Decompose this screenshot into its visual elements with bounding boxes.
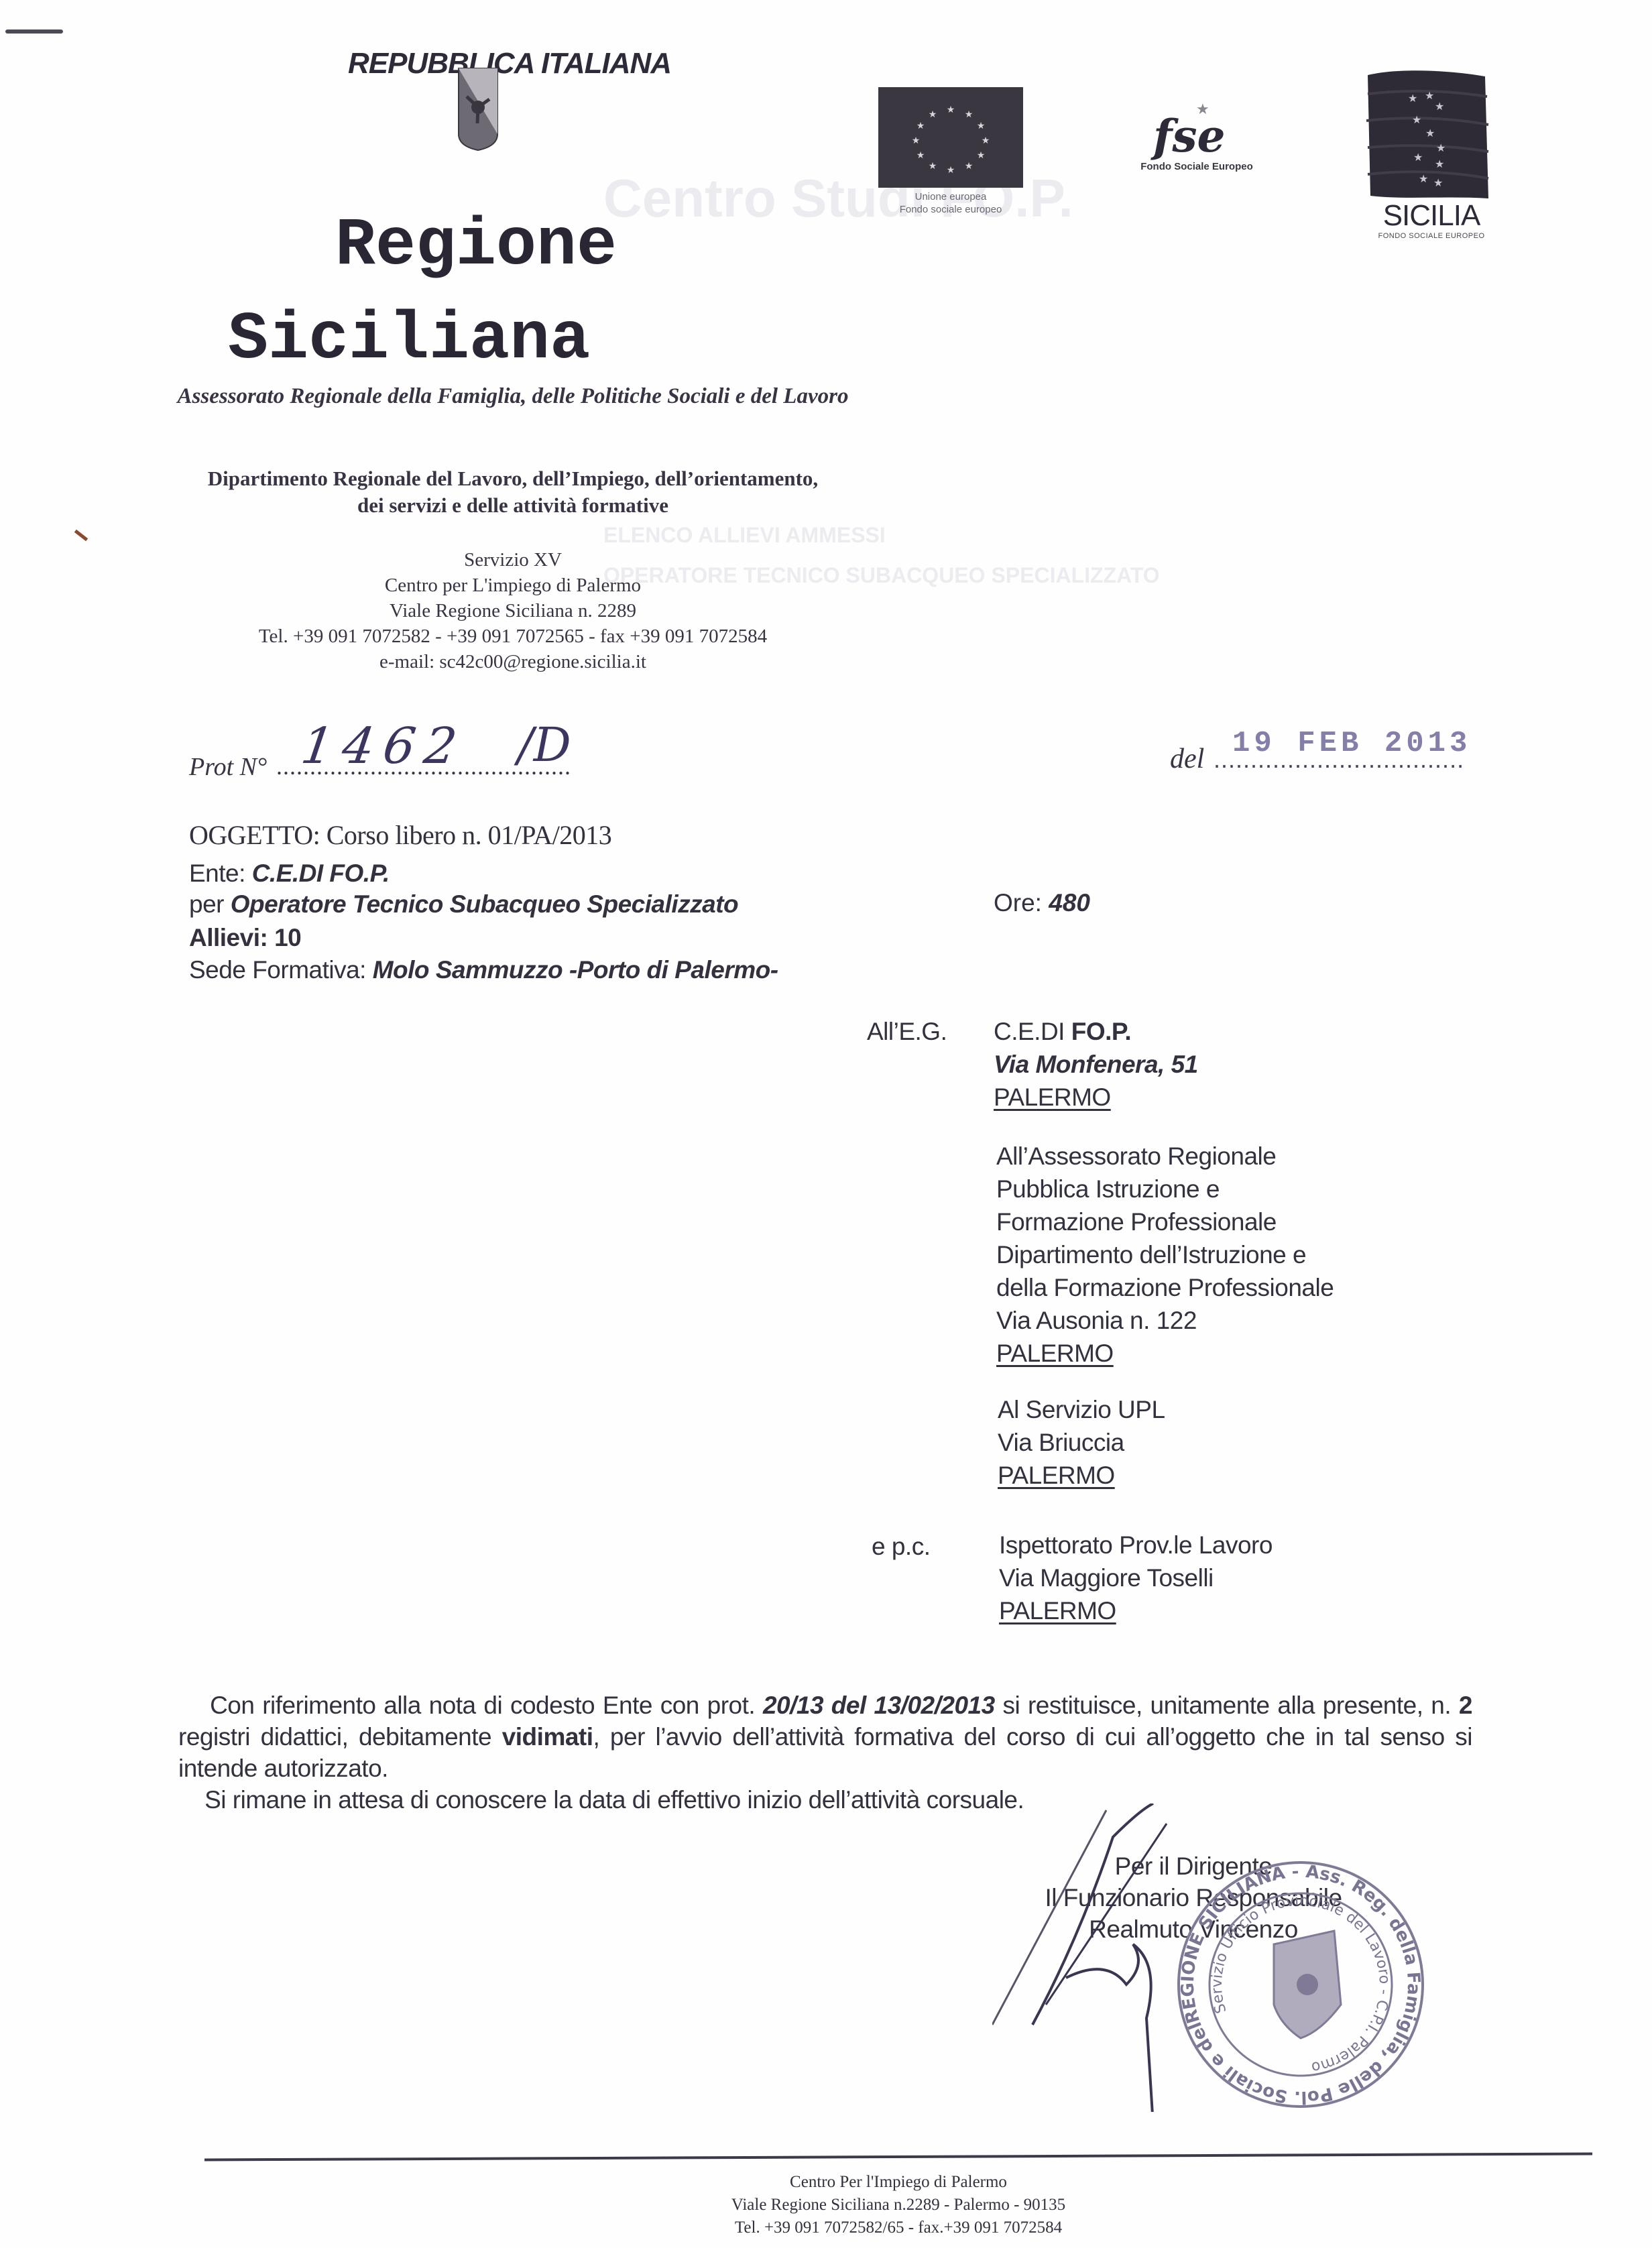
- body-paragraph-1: Con riferimento alla nota di codesto Ent…: [178, 1690, 1472, 1784]
- subject-value: Corso libero n. 01/PA/2013: [327, 820, 612, 850]
- fse-logo-icon: fse ★: [1140, 94, 1227, 161]
- body-text-segment: si restituisce, unitamente alla presente…: [995, 1692, 1459, 1719]
- department-line2: dei servizi e delle attività formative: [161, 492, 865, 519]
- recipient-city: PALERMO: [996, 1340, 1114, 1367]
- footer-address: Viale Regione Siciliana n.2289 - Palermo…: [469, 2194, 1327, 2216]
- republic-title: REPUBBLICA ITALIANA: [322, 47, 697, 80]
- subject-line: OGGETTO: Corso libero n. 01/PA/2013: [189, 819, 611, 851]
- recipient-block-upl: Al Servizio UPL Via Briuccia PALERMO: [998, 1393, 1165, 1492]
- fse-caption: Fondo Sociale Europeo: [1120, 161, 1274, 172]
- footer-office: Centro Per l'Impiego di Palermo: [469, 2171, 1327, 2194]
- svg-text:★: ★: [912, 135, 921, 146]
- recipient-address: Via Ausonia n. 122: [996, 1304, 1334, 1337]
- protocol-label: Prot N°: [189, 752, 267, 782]
- region-name-line2: Siciliana: [228, 307, 590, 374]
- bleed-through-text: ELENCO ALLIEVI AMMESSI: [603, 523, 886, 548]
- recipient-block-ispettorato: Ispettorato Prov.le Lavoro Via Maggiore …: [999, 1529, 1273, 1627]
- ente-line: Ente: C.E.DI FO.P.: [189, 860, 390, 888]
- eu-caption: Unione europea Fondo sociale europeo: [865, 190, 1037, 216]
- department-line1: Dipartimento Regionale del Lavoro, dell’…: [161, 465, 865, 492]
- recipient-prefix-eg: All’E.G.: [867, 1018, 947, 1046]
- svg-text:★: ★: [1408, 92, 1417, 105]
- body-text-segment: Si rimane in attesa di conoscere la data…: [204, 1786, 1024, 1814]
- office-contact-block: Servizio XV Centro per L'impiego di Pale…: [161, 547, 865, 674]
- svg-text:★: ★: [947, 105, 955, 115]
- subject-label: OGGETTO:: [189, 820, 320, 850]
- course-name: Operatore Tecnico Subacqueo Specializzat…: [231, 890, 738, 918]
- body-text-segment: registri didattici, debitamente: [178, 1723, 502, 1751]
- office-address: Viale Regione Siciliana n. 2289: [161, 598, 865, 624]
- region-name-line1: Regione: [335, 213, 617, 280]
- recipient-name: Al Servizio UPL: [998, 1393, 1165, 1426]
- venue-line: Sede Formativa: Molo Sammuzzo -Porto di …: [189, 956, 778, 984]
- hours-value: 480: [1049, 889, 1090, 916]
- svg-text:★: ★: [917, 150, 925, 161]
- sicily-coat-of-arms-icon: [457, 67, 499, 152]
- sicilia-fse-logo-icon: ★★★ ★★★ ★★★★: [1361, 67, 1492, 201]
- footer-contact: Centro Per l'Impiego di Palermo Viale Re…: [469, 2171, 1327, 2239]
- svg-text:★: ★: [1425, 127, 1435, 139]
- ente-label: Ente:: [189, 860, 245, 887]
- date-label: del: [1170, 743, 1204, 775]
- recipient-name-part: C.E.DI: [994, 1018, 1071, 1045]
- venue-label: Sede Formativa:: [189, 956, 366, 984]
- eu-flag-icon: ★★★ ★★★ ★★★ ★★★: [878, 87, 1023, 188]
- recipient-line: Formazione Professionale: [996, 1205, 1334, 1238]
- svg-text:★: ★: [965, 109, 973, 120]
- protocol-suffix: /D: [518, 717, 571, 772]
- recipient-city: PALERMO: [998, 1462, 1115, 1489]
- svg-text:★: ★: [1413, 151, 1423, 164]
- recipient-block-assessorato: All’Assessorato Regionale Pubblica Istru…: [996, 1140, 1334, 1370]
- hours-label: Ore:: [994, 889, 1042, 916]
- recipient-city: PALERMO: [994, 1083, 1111, 1111]
- reference-protocol: 20/13 del 13/02/2013: [763, 1692, 995, 1719]
- eu-caption-line2: Fondo sociale europeo: [865, 203, 1037, 216]
- recipient-address: Via Monfenera, 51: [994, 1048, 1198, 1081]
- body-text-segment: Con riferimento alla nota di codesto Ent…: [210, 1692, 763, 1719]
- recipient-city: PALERMO: [999, 1597, 1116, 1624]
- svg-text:★: ★: [929, 161, 937, 172]
- course-per-label: per: [189, 890, 224, 918]
- sicilia-wordmark: SICILIA: [1374, 201, 1488, 231]
- recipient-block-cedifop: C.E.DI FO.P. Via Monfenera, 51 PALERMO: [994, 1015, 1198, 1114]
- students-line: Allievi: 10: [189, 924, 301, 952]
- svg-text:★: ★: [1433, 176, 1443, 189]
- letter-body: Con riferimento alla nota di codesto Ent…: [178, 1690, 1472, 1816]
- recipient-address: Via Briuccia: [998, 1426, 1165, 1459]
- scan-mark: [74, 530, 88, 541]
- venue-value: Molo Sammuzzo -Porto di Palermo-: [373, 956, 778, 984]
- svg-text:★: ★: [977, 121, 986, 131]
- register-count: 2: [1459, 1692, 1472, 1719]
- recipient-name: Ispettorato Prov.le Lavoro: [999, 1529, 1273, 1561]
- footer-phone: Tel. +39 091 7072582/65 - fax.+39 091 70…: [469, 2216, 1327, 2239]
- recipient-line: Pubblica Istruzione e: [996, 1173, 1334, 1205]
- svg-text:★: ★: [982, 135, 990, 146]
- staple-mark: [5, 29, 63, 34]
- svg-text:★: ★: [917, 121, 925, 131]
- office-name: Centro per L'impiego di Palermo: [161, 573, 865, 598]
- svg-text:★: ★: [929, 109, 937, 120]
- svg-text:★: ★: [1425, 89, 1434, 102]
- vidimati-emphasis: vidimati: [502, 1723, 593, 1751]
- svg-text:★: ★: [1412, 113, 1421, 126]
- svg-text:★: ★: [1196, 101, 1209, 118]
- course-line: per Operatore Tecnico Subacqueo Speciali…: [189, 890, 738, 919]
- service-name: Servizio XV: [161, 547, 865, 573]
- recipient-line: All’Assessorato Regionale: [996, 1140, 1334, 1173]
- recipient-prefix-cc: e p.c.: [872, 1533, 931, 1561]
- svg-text:★: ★: [965, 161, 973, 172]
- hours-line: Ore: 480: [994, 889, 1090, 917]
- protocol-number: 1462: [298, 717, 469, 775]
- recipient-line: Dipartimento dell’Istruzione e: [996, 1238, 1334, 1271]
- footer-divider: [204, 2152, 1592, 2161]
- department-name: Dipartimento Regionale del Lavoro, dell’…: [161, 465, 865, 519]
- svg-text:★: ★: [1435, 158, 1444, 170]
- recipient-name: C.E.DI FO.P.: [994, 1015, 1198, 1048]
- svg-text:★: ★: [1435, 100, 1444, 113]
- office-email: e-mail: sc42c00@regione.sicilia.it: [161, 649, 865, 674]
- students-value: 10: [274, 924, 301, 951]
- recipient-name-bold: FO.P.: [1071, 1018, 1131, 1045]
- svg-text:★: ★: [1436, 141, 1445, 154]
- recipient-line: della Formazione Professionale: [996, 1271, 1334, 1304]
- eu-caption-line1: Unione europea: [865, 190, 1037, 203]
- svg-text:fse: fse: [1150, 110, 1226, 161]
- assessorato-name: Assessorato Regionale della Famiglia, de…: [161, 381, 865, 412]
- students-label: Allievi:: [189, 924, 268, 951]
- office-phone: Tel. +39 091 7072582 - +39 091 7072565 -…: [161, 624, 865, 649]
- svg-text:★: ★: [947, 165, 955, 176]
- svg-text:★: ★: [977, 150, 986, 161]
- date-stamp: 19 FEB 2013: [1232, 727, 1471, 760]
- sicilia-caption: FONDO SOCIALE EUROPEO: [1374, 232, 1488, 240]
- ente-value: C.E.DI FO.P.: [252, 860, 390, 887]
- svg-text:★: ★: [1419, 172, 1428, 185]
- handwritten-signature: [992, 1803, 1462, 2112]
- recipient-address: Via Maggiore Toselli: [999, 1561, 1273, 1594]
